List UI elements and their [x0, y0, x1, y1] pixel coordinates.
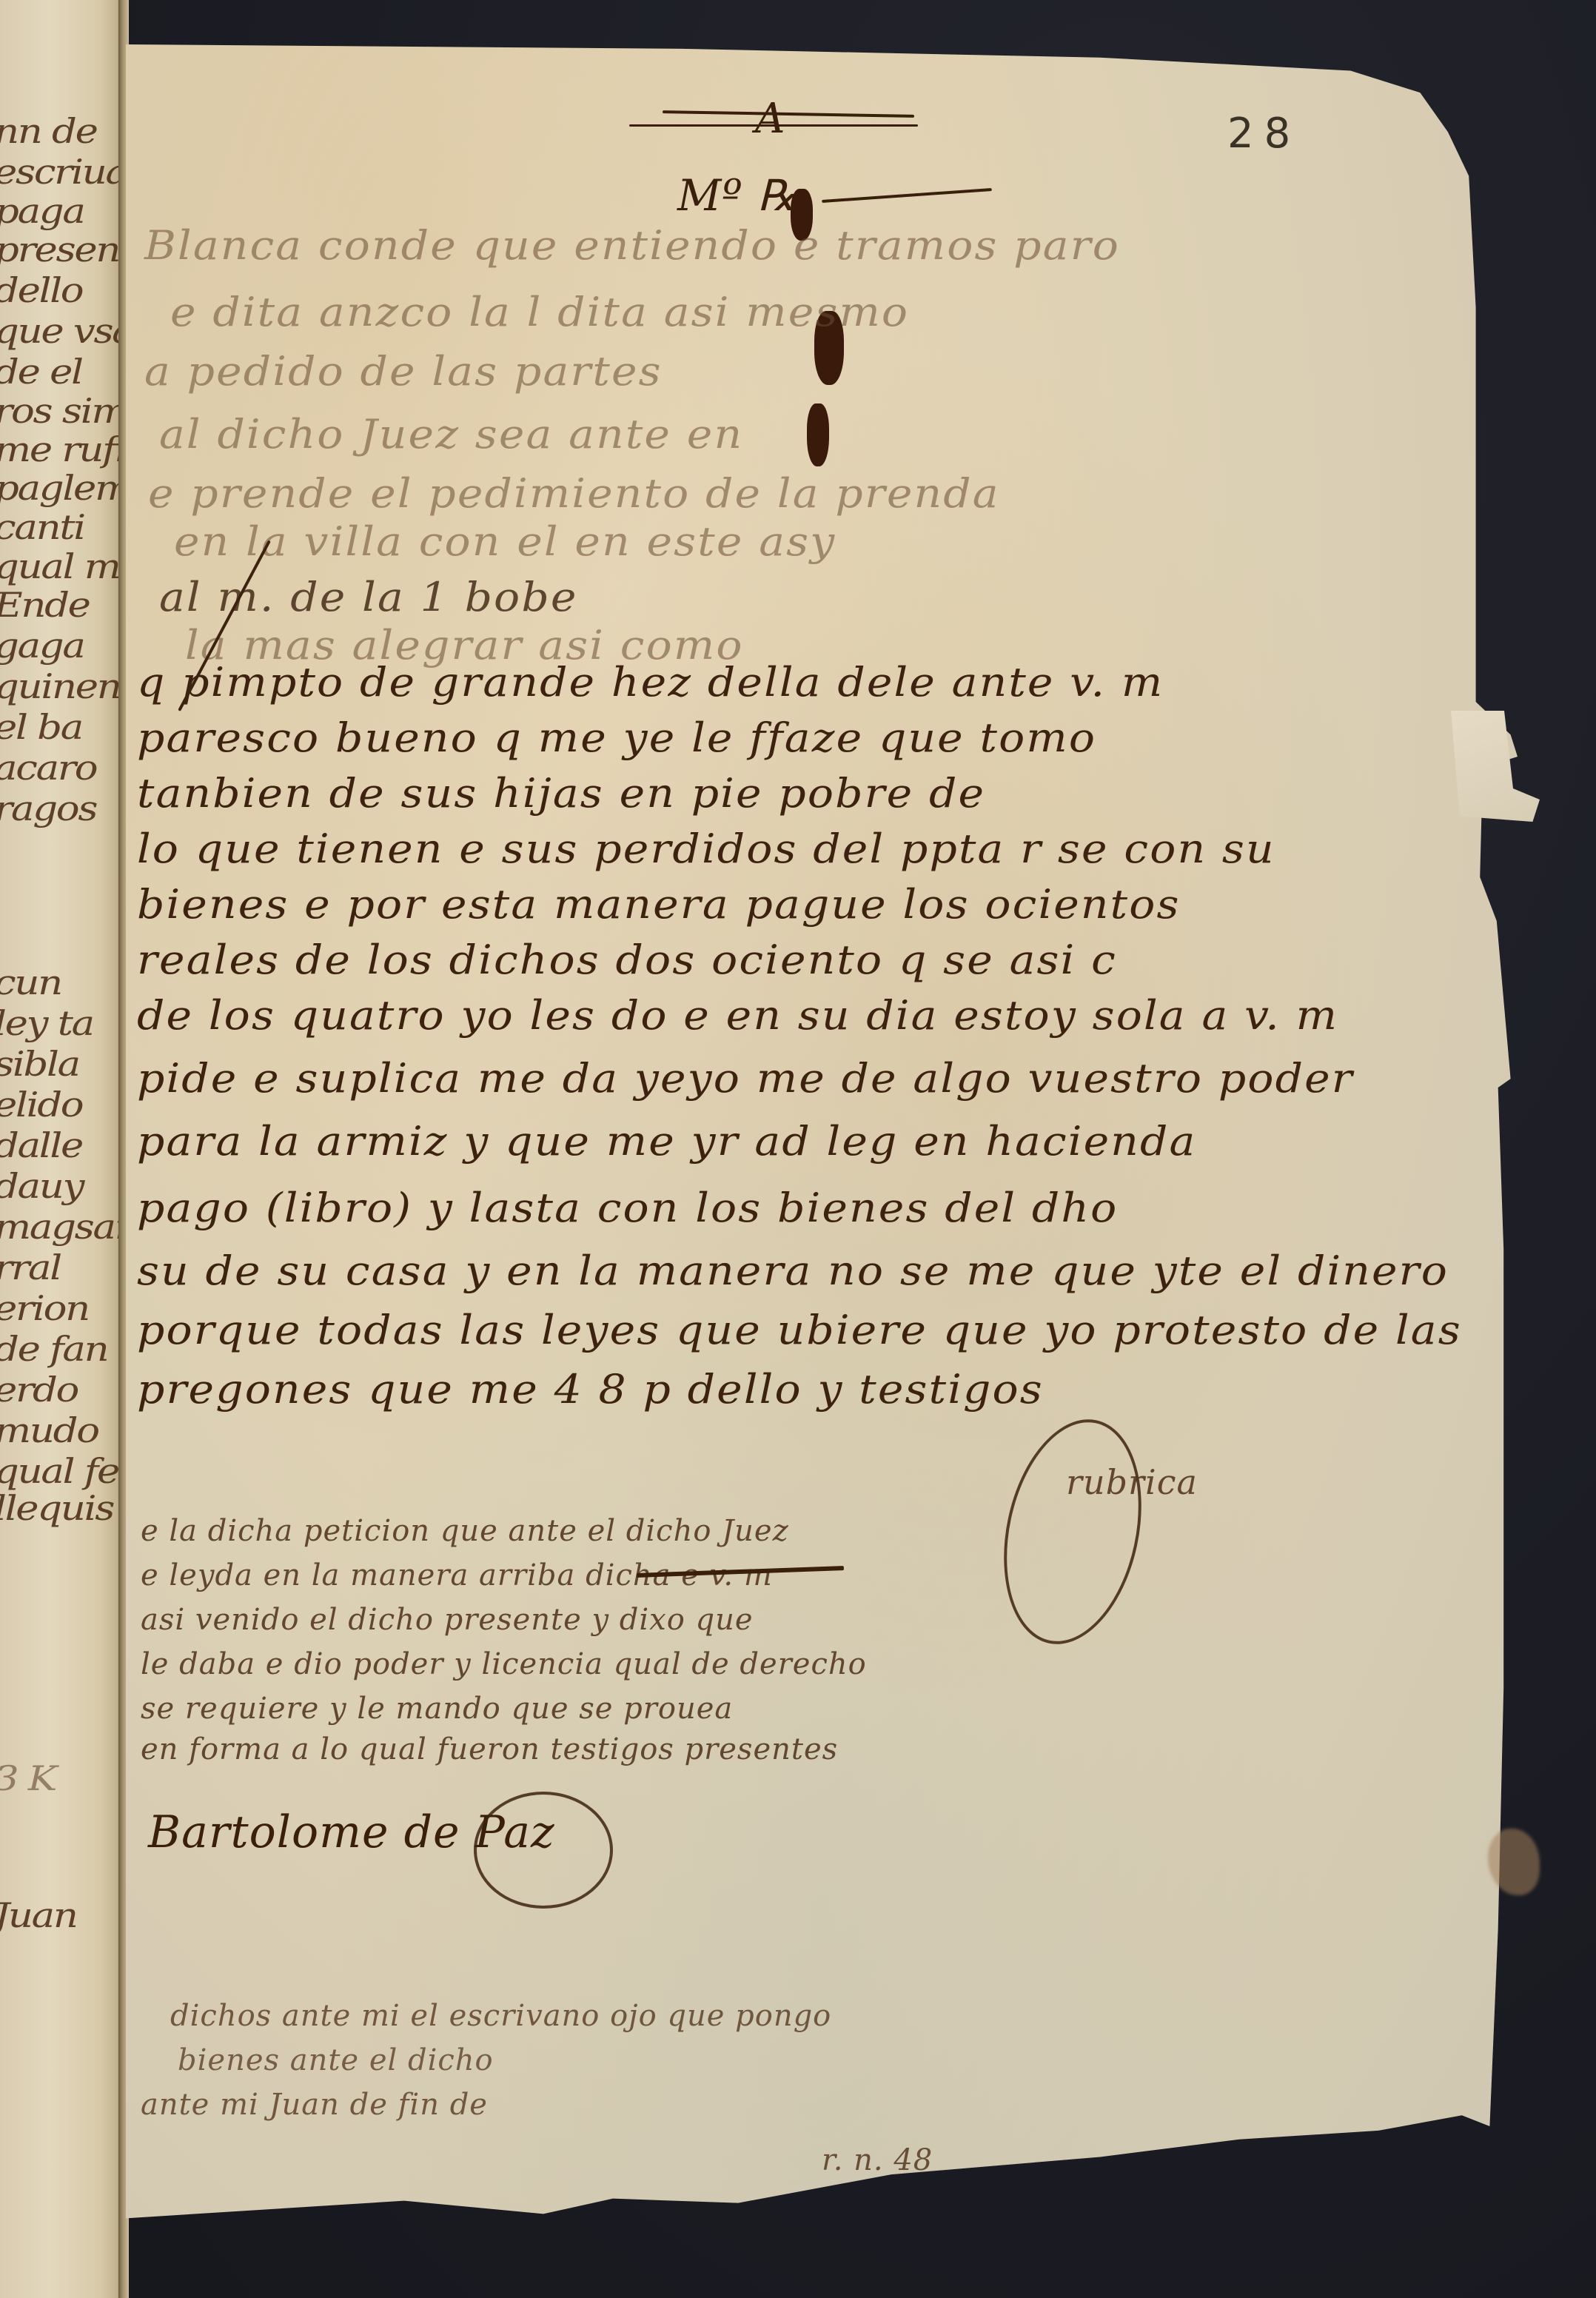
left-page-line: gaga	[0, 626, 84, 666]
left-page-verso: nn de escriuano paga presenta dello que …	[0, 0, 124, 2298]
left-page-line: el ba	[0, 707, 82, 747]
bottom-mark: r. n. 48	[822, 2143, 933, 2177]
left-page-line: cun	[0, 962, 61, 1002]
manuscript-line: bienes e por esta manera pague los ocien…	[137, 881, 1181, 928]
left-page-line: erion	[0, 1288, 89, 1328]
left-page-line: magsan	[0, 1207, 124, 1247]
left-page-line: presenta	[0, 230, 124, 269]
manuscript-line: pide e suplica me da yeyo me de algo vue…	[137, 1055, 1354, 1102]
manuscript-line: e dita anzco la l dita asi mesmo	[170, 289, 909, 335]
notarial-line: en forma a lo qual fueron testigos prese…	[141, 1732, 838, 1766]
strike-through-line	[629, 124, 918, 127]
left-page-line: canti	[0, 507, 84, 547]
manuscript-line: de los quatro yo les do e en su dia esto…	[137, 992, 1338, 1039]
notarial-line: se requiere y le mando que se prouea	[141, 1692, 733, 1726]
notarial-line: asi venido el dicho presente y dixo que	[141, 1603, 754, 1637]
left-page-line: 3 K	[0, 1758, 56, 1798]
annotation-line: ante mi Juan de fin de	[141, 2088, 488, 2122]
manuscript-line: a pedido de las partes	[144, 348, 663, 395]
annotation-line: bienes ante el dicho	[178, 2043, 494, 2077]
left-page-line: ley ta	[0, 1003, 93, 1043]
manuscript-line: al m. de la 1 bobe	[159, 574, 577, 620]
left-page-line: de fan	[0, 1329, 107, 1369]
manuscript-line: pago (libro) y lasta con los bienes del …	[137, 1185, 1118, 1231]
folio-number: 28	[1227, 110, 1301, 158]
manuscript-line: reales de los dichos dos ociento q se as…	[137, 937, 1117, 983]
header-mark: A	[755, 95, 785, 143]
left-page-line: ros sim	[0, 391, 124, 431]
left-page-line: sibla	[0, 1044, 79, 1084]
left-page-line: que vsa	[0, 311, 124, 351]
left-page-line: dalle	[0, 1125, 82, 1165]
manuscript-line: paresco bueno q me ye le ffaze que tomo	[137, 714, 1096, 761]
manuscript-line: en la villa con el en este asy	[174, 518, 836, 565]
left-page-line: acaro	[0, 748, 96, 788]
left-page-line: escriuano	[0, 152, 124, 192]
ink-blot	[807, 403, 829, 466]
manuscript-line: al dicho Juez sea ante en	[159, 411, 743, 458]
left-page-line: dello	[0, 270, 82, 310]
manuscript-line: Blanca conde que entiendo e tramos paro	[144, 222, 1120, 269]
left-page-line: qual me	[0, 546, 124, 586]
left-page-line: mudo	[0, 1410, 98, 1450]
left-page-line: quinen	[0, 666, 121, 706]
manuscript-line: e prende el pedimiento de la prenda	[148, 470, 1000, 517]
left-page-line: elido	[0, 1085, 82, 1125]
left-page-line: erdo	[0, 1370, 78, 1410]
notarial-line: le daba e dio poder y licencia qual de d…	[141, 1647, 867, 1681]
left-page-line: llequis	[0, 1488, 113, 1528]
left-page-line: me rufia	[0, 429, 124, 469]
manuscript-line: q pimpto de grande hez della dele ante v…	[137, 659, 1164, 706]
left-page-line: Ende	[0, 585, 90, 625]
manuscript-line: tanbien de sus hijas en pie pobre de	[137, 770, 985, 817]
left-page-line: paglem	[0, 468, 124, 508]
manuscript-scene: nn de escriuano paga presenta dello que …	[0, 0, 1596, 2298]
notarial-line: e la dicha peticion que ante el dicho Ju…	[141, 1514, 789, 1548]
manuscript-line: su de su casa y en la manera no se me qu…	[137, 1247, 1449, 1294]
manuscript-line: lo que tienen e sus perdidos del ppta r …	[137, 825, 1275, 872]
manuscript-line: porque todas las leyes que ubiere que yo…	[137, 1307, 1462, 1353]
annotation-line: dichos ante mi el escrivano ojo que pong…	[170, 1999, 831, 2033]
left-page-line: qual fe	[0, 1451, 118, 1491]
left-page-line: ragos	[0, 788, 96, 828]
notarial-heading: rubrica	[1066, 1462, 1198, 1502]
signature-flourish	[474, 1792, 613, 1909]
torn-paper-fold	[1451, 711, 1540, 822]
left-page-line: rral	[0, 1247, 61, 1287]
heading-abbreviation: Mº ℞	[677, 170, 797, 221]
left-page-line: de el	[0, 352, 82, 392]
left-page-line: dauy	[0, 1166, 83, 1206]
left-page-line: paga	[0, 191, 84, 231]
manuscript-line: para la armiz y que me yr ad leg en haci…	[137, 1118, 1196, 1165]
left-page-line: nn de	[0, 111, 97, 151]
left-page-signature: Juan	[0, 1895, 77, 1935]
manuscript-line: pregones que me 4 8 p dello y testigos	[137, 1366, 1044, 1413]
